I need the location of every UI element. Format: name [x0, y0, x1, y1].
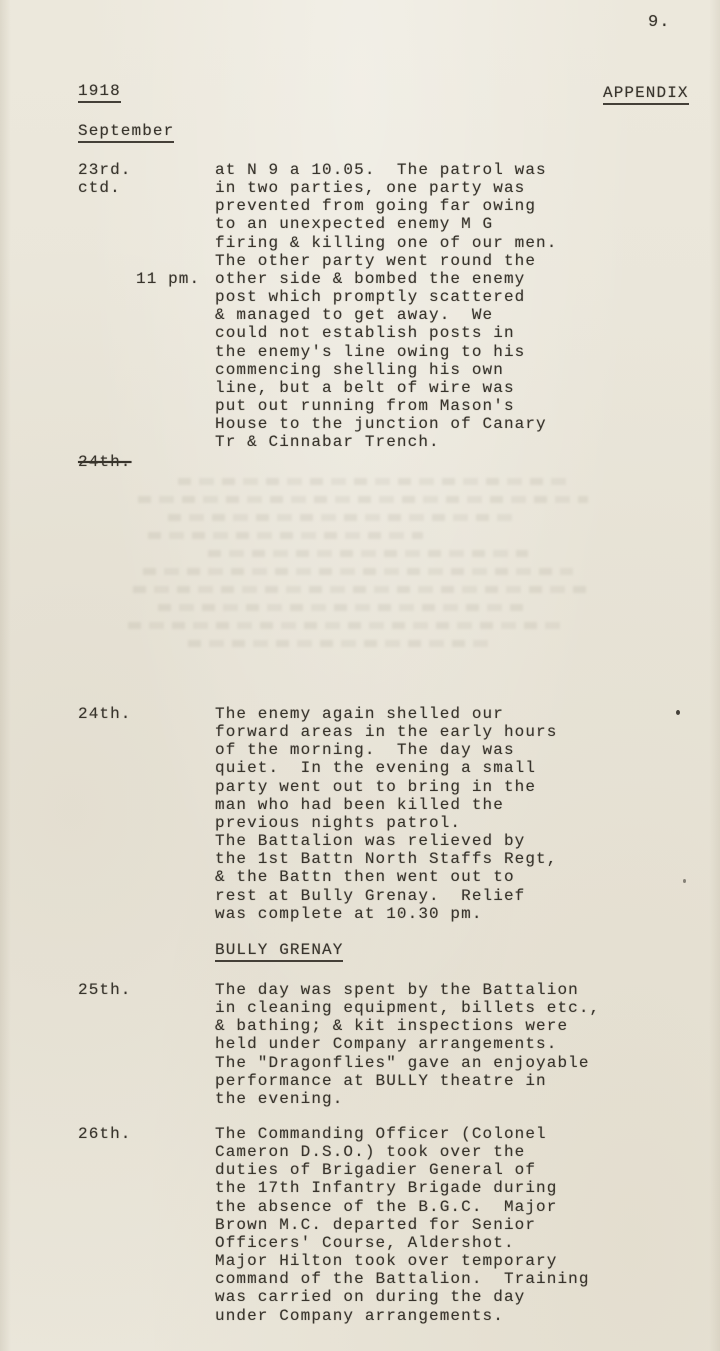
entry-date-23rd-ctd: 23rd. ctd. — [78, 161, 132, 197]
year-heading: 1918 — [78, 82, 121, 103]
entry-date-25th: 25th. — [78, 981, 132, 999]
month-heading: September — [78, 122, 174, 143]
entry-body-25th: The day was spent by the Battalion in cl… — [215, 981, 600, 1108]
entry-date-26th: 26th. — [78, 1125, 132, 1143]
diary-page: 9. 1918 APPENDIX September 23rd. ctd. at… — [0, 0, 720, 1351]
page-number: 9. — [648, 14, 671, 32]
entry-body-26th: The Commanding Officer (Colonel Cameron … — [215, 1125, 590, 1325]
entry-date-24th: 24th. — [78, 705, 132, 723]
ink-speck — [676, 710, 680, 715]
entry-date-24th-struck: 24th. — [78, 453, 132, 471]
entry-body-24th: The enemy again shelled our forward area… — [215, 705, 557, 923]
entry-body-23rd-part2: other side & bombed the enemy post which… — [215, 270, 547, 452]
entry-body-23rd-part1: at N 9 a 10.05. The patrol was in two pa… — [215, 161, 557, 270]
place-heading-bully-grenay: BULLY GRENAY — [215, 941, 343, 962]
margin-time-11pm: 11 pm. — [136, 270, 200, 288]
appendix-heading: APPENDIX — [603, 84, 689, 105]
ink-speck — [683, 879, 686, 883]
bleed-through-texture — [118, 478, 618, 703]
